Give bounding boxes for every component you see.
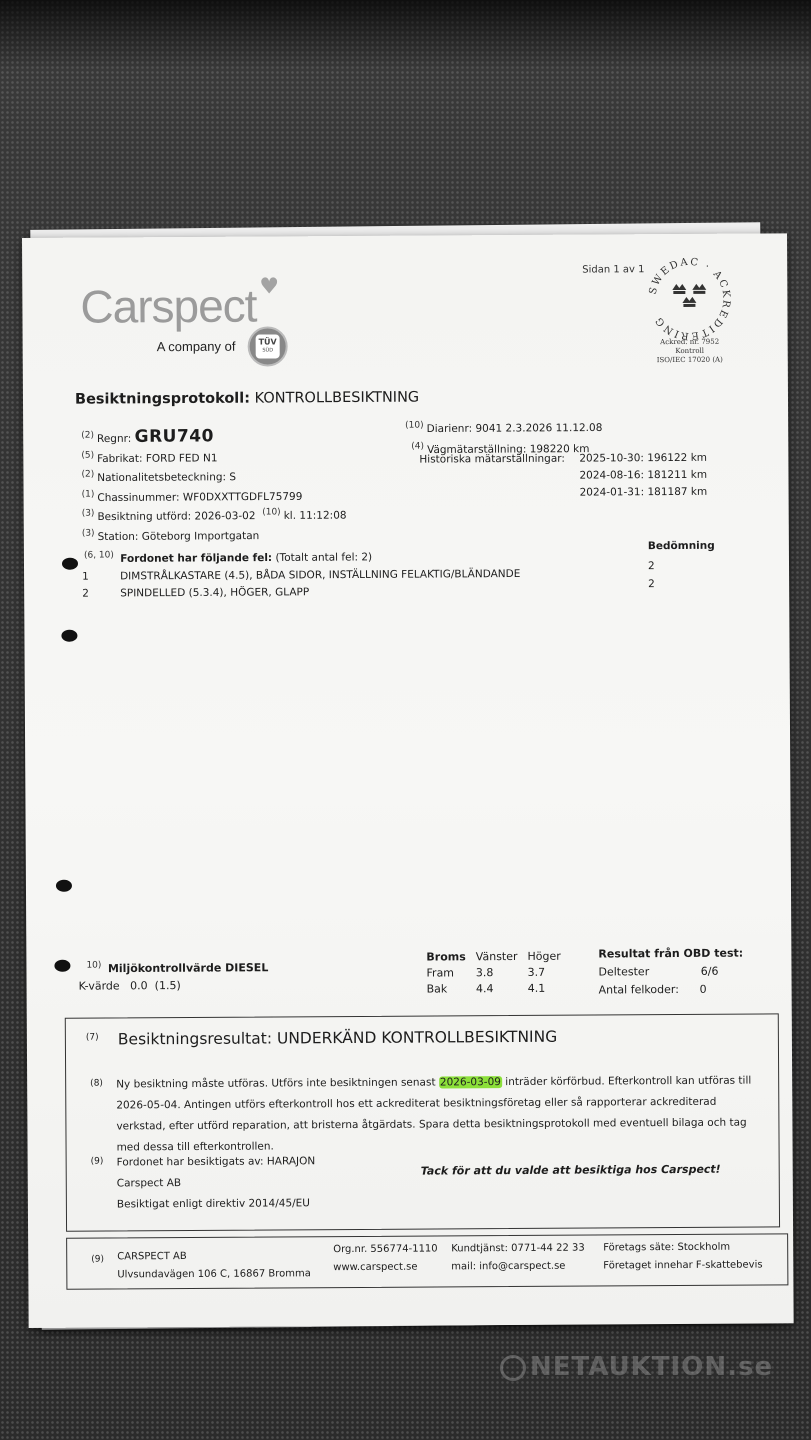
obd-codes-row: Antal felkoder:0 [599,981,707,1000]
ref-number: (10) [405,421,424,431]
station-row: (3)Station: Göteborg Importgatan [82,524,347,545]
k-value: 0.0 [130,979,148,992]
ref-number: (5) [81,450,94,460]
footer-website-link[interactable]: www.carspect.se [333,1258,438,1277]
emissions-label: Miljökontrollvärde DIESEL [108,961,268,975]
ref-number: (2) [81,470,94,480]
brake-left-value: 4.4 [476,981,528,997]
nationality: Nationalitetsbeteckning: S [97,471,236,484]
punch-hole [61,630,77,642]
fault-text: SPINDELLED (5.3.4), HÖGER, GLAPP [120,586,309,599]
result-instructions: Ny besiktning måste utföras. Utförs inte… [116,1070,767,1158]
company-footer: (9) CARSPECT AB Ulvsundavägen 106 C, 168… [66,1233,788,1289]
punch-hole [56,880,72,892]
punch-hole [54,960,70,972]
regnr-row: (2)Regnr: GRU740 [81,426,346,447]
inspection-date-row: (3)Besiktning utförd: 2026-03-02 (10)kl.… [82,504,347,525]
obd-subtests-row: Deltester6/6 [598,963,718,982]
inspection-protocol-document: Carspect ♥ A company of TÜVSÜD Sidan 1 a… [22,233,794,1328]
nationality-row: (2)Nationalitetsbeteckning: S [81,465,346,486]
fault-row: 2SPINDELLED (5.3.4), HÖGER, GLAPP [82,586,309,599]
footer-legal-col: Företags säte: Stockholm Företaget inneh… [603,1238,763,1275]
inspector-info: Fordonet har besiktigats av: HARAJON Car… [117,1151,316,1215]
make-row: (5)Fabrikat: FORD FED N1 [81,446,346,467]
ref-number: (7) [86,1033,99,1043]
thank-you-note: Tack för att du valde att besiktiga hos … [421,1163,721,1178]
ref-number: (9) [91,1251,104,1269]
footer-address-col: CARSPECT AB Ulvsundavägen 106 C, 16867 B… [117,1247,311,1284]
punch-hole [62,558,78,570]
regnr-label: Regnr: [97,433,131,445]
obd-codes-value: 0 [700,981,707,999]
faults-total: (Totalt antal fel: 2) [275,551,372,564]
ref-number: (10) [262,507,281,517]
vehicle-make: Fabrikat: FORD FED N1 [97,452,217,465]
heart-icon: ♥ [259,274,279,299]
rating-header: Bedömning [648,540,715,552]
brake-left-value: 3.8 [476,965,528,981]
ref-number: (3) [82,509,95,519]
brake-right-value: 3.7 [528,965,571,981]
registration-number: GRU740 [135,426,214,446]
page-number: Sidan 1 av 1 [582,264,644,275]
ref-number: (6, 10) [84,550,114,560]
footer-company: CARSPECT AB [117,1247,311,1266]
ref-number: (1) [82,489,95,499]
history-label: Historiska mätarställningar: [419,451,565,469]
chassis-number: Chassinummer: WF0DXXTTGDFL75799 [97,490,302,503]
faults-heading: (6, 10) Fordonet har följande fel: (Tota… [84,549,372,565]
carspect-logo: Carspect [80,279,256,334]
fault-number: 1 [82,570,120,582]
netauktion-watermark: NETAUKTION.se [500,1352,773,1382]
fault-rating: 2 [648,560,655,572]
obd-heading: Resultat från OBD test: [598,947,743,961]
ref-number: (3) [82,528,95,538]
history-entry: 2024-01-31: 181187 km [580,484,708,502]
deadline-date-highlighted: 2026-03-09 [439,1076,502,1088]
fault-number: 2 [82,587,120,599]
fault-rating: 2 [648,578,655,590]
brake-right-value: 4.1 [528,981,571,997]
accreditation-text: Ackred. nr. 7952 Kontroll ISO/IEC 17020 … [637,338,743,366]
ref-number: (9) [91,1157,104,1167]
footer-tax-status: Företaget innehar F-skattebevis [603,1256,762,1275]
k-value-limit: (1.5) [155,979,181,992]
footer-orgnr: Org.nr. 556774-1110 [333,1240,438,1259]
tuv-logo-icon: TÜVSÜD [248,326,288,366]
obd-subtests-value: 6/6 [701,963,719,981]
accreditation-standard: ISO/IEC 17020 (A) [637,356,743,366]
watermark-text: NETAUKTION.se [530,1352,773,1382]
company-of-label: A company of [157,339,236,354]
inspector-company: Carspect AB [117,1172,316,1194]
footer-phone: Kundtjänst: 0771-44 22 33 [451,1240,585,1259]
title-type: KONTROLLBESIKTNING [255,390,420,407]
obd-subtests-label: Deltester [598,963,649,981]
result-box: (7) Besiktningsresultat: UNDERKÄND KONTR… [65,1013,780,1231]
fault-row: 1DIMSTRÅLKASTARE (4.5), BÅDA SIDOR, INST… [82,568,520,583]
k-value-row: K-värde 0.0 (1.5) [79,979,181,993]
result-title: Besiktningsresultat: UNDERKÄND KONTROLLB… [118,1028,557,1049]
footer-email-link[interactable]: mail: info@carspect.se [451,1258,585,1277]
footer-contact-col: Kundtjänst: 0771-44 22 33 mail: info@car… [451,1240,585,1277]
obd-results: Resultat från OBD test: Deltester6/6 Ant… [598,945,743,1000]
brake-table: Broms Vänster Höger Fram 3.8 3.7 Bak 4.4… [426,949,571,998]
ref-number: (8) [90,1079,103,1089]
chassis-row: (1)Chassinummer: WF0DXXTTGDFL75799 [82,485,347,506]
inspection-directive: Besiktigat enligt direktiv 2014/45/EU [117,1193,316,1215]
inspection-date: Besiktning utförd: 2026-03-02 [97,510,255,523]
tuv-sub-text: SÜD [262,346,273,354]
obd-codes-label: Antal felkoder: [599,981,679,999]
seat-background-shadow [0,0,811,70]
brake-header-right: Höger [527,949,570,965]
odometer-history: 2025-10-30: 196122 km 2024-08-16: 181211… [579,450,707,502]
fault-text: DIMSTRÅLKASTARE (4.5), BÅDA SIDOR, INSTÄ… [120,568,520,582]
tuv-text: TÜV [259,338,277,346]
vehicle-info: (2)Regnr: GRU740 (5)Fabrikat: FORD FED N… [81,426,347,545]
swedac-seal-icon: SWEDAC · ACKREDITERING [646,256,733,343]
faults-title: Fordonet har följande fel: [120,552,272,565]
ref-number: 10) [86,961,101,971]
inspector-name: Fordonet har besiktigats av: HARAJON [117,1151,316,1173]
inspection-time: kl. 11:12:08 [284,510,347,522]
diary-number: Diarienr: 9041 2.3.2026 11.12.08 [427,422,603,435]
footer-seat: Företags säte: Stockholm [603,1238,762,1257]
ref-number: (2) [81,431,94,441]
k-value-label: K-värde [79,979,120,992]
result-text-part: Ny besiktning måste utföras. Utförs inte… [116,1076,439,1090]
brake-header-left: Vänster [476,949,528,965]
document-title: Besiktningsprotokoll: KONTROLLBESIKTNING [75,390,419,408]
brake-axle: Fram [426,965,475,981]
history-entry: 2025-10-30: 196122 km [579,450,707,468]
emissions-heading: 10) Miljökontrollvärde DIESEL [86,960,268,976]
netauktion-logo-icon [500,1355,526,1381]
brake-header: Broms [426,949,475,965]
history-entry: 2024-08-16: 181211 km [579,467,707,485]
footer-address: Ulvsundavägen 106 C, 16867 Bromma [117,1265,311,1284]
ref-number: (4) [411,441,424,451]
brake-axle: Bak [427,981,476,997]
footer-org-col: Org.nr. 556774-1110 www.carspect.se [333,1240,438,1277]
station: Station: Göteborg Importgatan [98,530,260,543]
title-prefix: Besiktningsprotokoll: [75,391,250,408]
svg-text:SWEDAC · ACKREDITERING: SWEDAC · ACKREDITERING [647,256,732,341]
